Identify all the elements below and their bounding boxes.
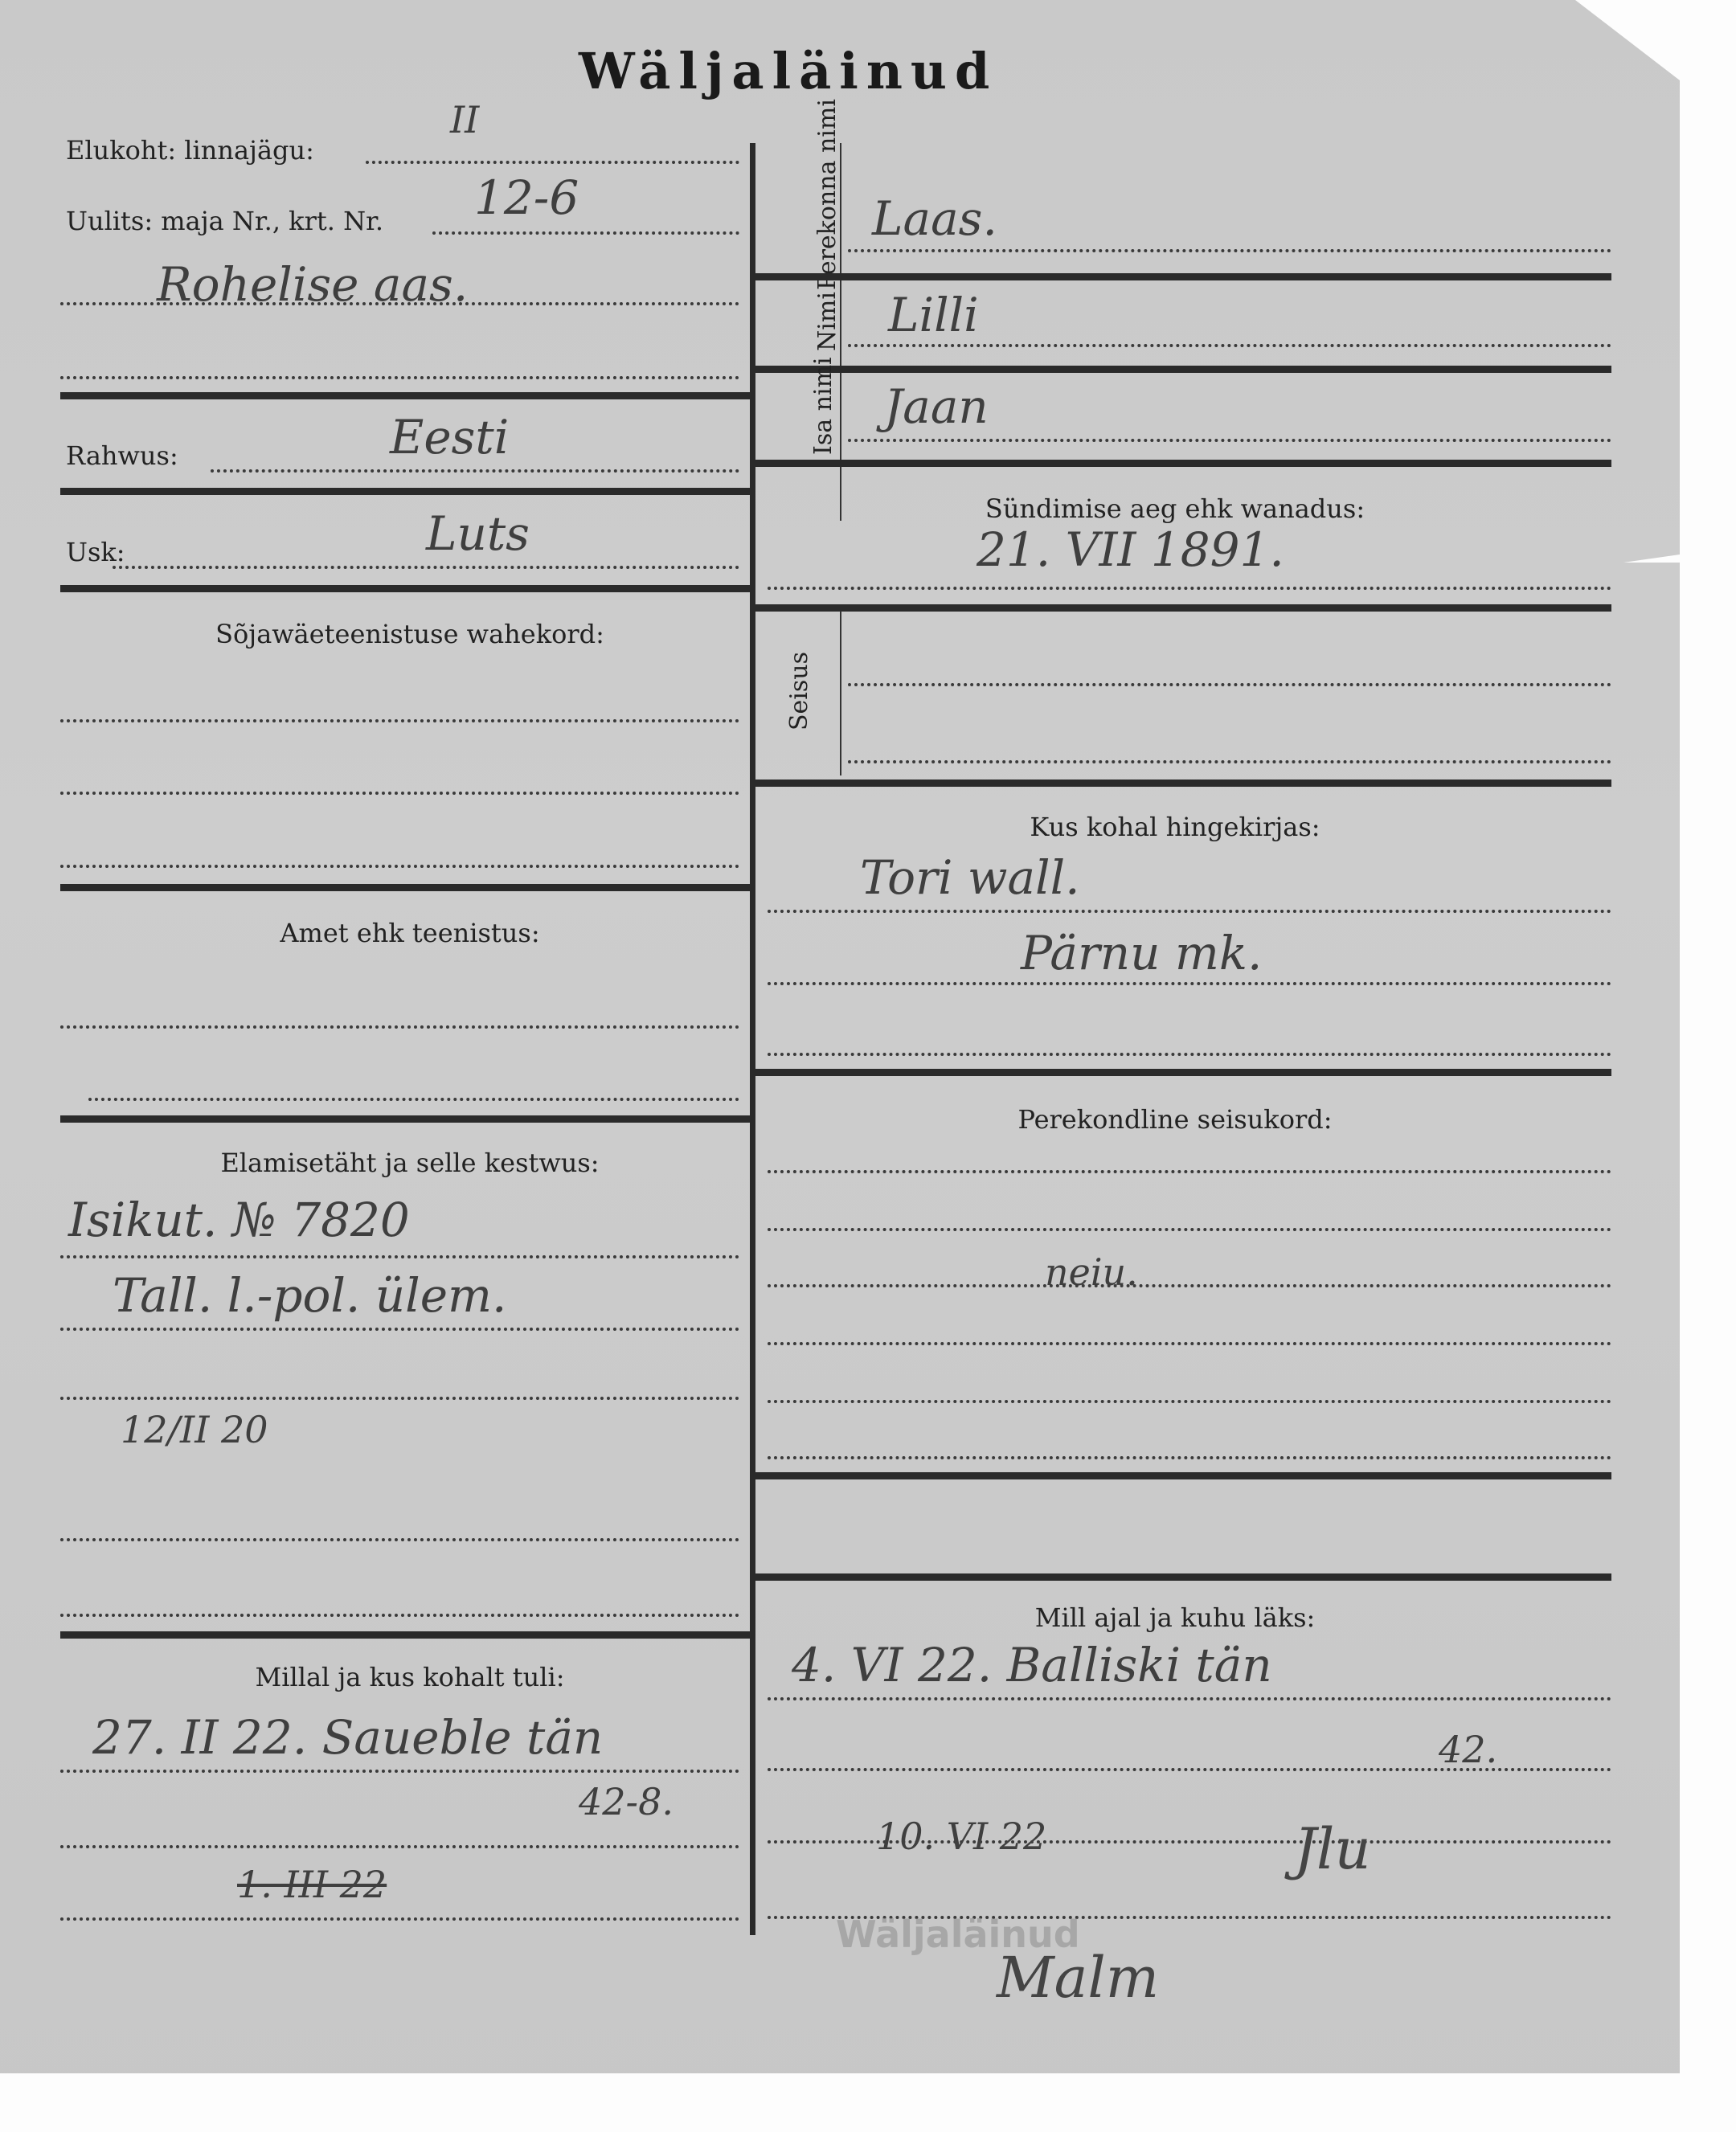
birth-label: Sündimise aeg ehk wanadus: bbox=[985, 493, 1365, 524]
divider bbox=[60, 392, 750, 399]
family-status-line bbox=[768, 1170, 1611, 1173]
arrival-line-2: 42-8. bbox=[579, 1780, 674, 1823]
status-line bbox=[848, 760, 1611, 763]
father-name-value: Jaan bbox=[884, 379, 989, 434]
religion-label: Usk: bbox=[66, 537, 125, 567]
departure-line bbox=[768, 1768, 1611, 1771]
permit-line bbox=[60, 1397, 739, 1400]
first-name-line bbox=[848, 344, 1611, 347]
residence-permit-label: Elamisetäht ja selle kestwus: bbox=[220, 1148, 599, 1178]
district-value: II bbox=[450, 98, 479, 141]
religion-line bbox=[113, 566, 739, 569]
surname-value: Laas. bbox=[872, 191, 997, 246]
departure-registration-date: 10. VI 22 bbox=[876, 1815, 1046, 1858]
occupation-line bbox=[88, 1098, 739, 1101]
departure-line-2: 42. bbox=[1439, 1728, 1497, 1771]
registered-at-label: Kus kohal hingekirjas: bbox=[1030, 812, 1320, 842]
military-line bbox=[60, 865, 739, 868]
permit-line bbox=[60, 1538, 739, 1541]
signature-malm: Malm bbox=[997, 1945, 1159, 2011]
surname-line bbox=[848, 249, 1611, 252]
arrival-line bbox=[60, 1917, 739, 1921]
departure-line-1: 4. VI 22. Balliski tän bbox=[792, 1638, 1272, 1692]
column-divider bbox=[750, 143, 755, 1935]
occupation-line bbox=[60, 1025, 739, 1029]
residence-permit-line-3: 12/II 20 bbox=[121, 1408, 268, 1451]
street-name-line bbox=[60, 302, 739, 305]
divider bbox=[755, 1573, 1611, 1581]
divider bbox=[755, 780, 1611, 787]
military-service-label: Sõjawäeteenistuse wahekord: bbox=[215, 619, 604, 649]
arrival-line bbox=[60, 1770, 739, 1773]
family-status-line bbox=[768, 1400, 1611, 1403]
arrival-label: Millal ja kus kohalt tuli: bbox=[255, 1662, 564, 1692]
departure-line bbox=[768, 1697, 1611, 1700]
divider bbox=[755, 1472, 1611, 1479]
arrival-line-1: 27. II 22. Saueble tän bbox=[92, 1710, 603, 1765]
document-title: Wäljaläinud bbox=[579, 42, 997, 100]
arrival-line bbox=[60, 1845, 739, 1848]
birth-line bbox=[768, 587, 1611, 590]
nationality-value: Eesti bbox=[390, 410, 509, 464]
status-line bbox=[848, 683, 1611, 686]
family-status-line bbox=[768, 1228, 1611, 1231]
signature-initials: Jlu bbox=[1294, 1816, 1371, 1882]
occupation-label: Amet ehk teenistus: bbox=[280, 918, 539, 948]
divider bbox=[755, 460, 1611, 467]
permit-line bbox=[60, 1328, 739, 1331]
departure-label: Mill ajal ja kuhu läks: bbox=[1035, 1602, 1316, 1633]
family-status-line bbox=[768, 1284, 1611, 1287]
nationality-line bbox=[211, 469, 739, 473]
street-number-value: 12-6 bbox=[474, 170, 579, 225]
status-label-divider bbox=[840, 611, 841, 775]
street-label: Uulits: maja Nr., krt. Nr. bbox=[66, 206, 383, 236]
family-status-line bbox=[768, 1456, 1611, 1459]
registered-at-line-1: Tori wall. bbox=[860, 850, 1080, 905]
arrival-struck-date: 1. III 22 bbox=[237, 1863, 387, 1906]
street-extra-line bbox=[60, 376, 739, 379]
residence-permit-line-1: Isikut. № 7820 bbox=[68, 1193, 410, 1247]
divider bbox=[60, 884, 750, 891]
divider bbox=[60, 1631, 750, 1639]
family-status-line bbox=[768, 1342, 1611, 1345]
father-name-line bbox=[848, 439, 1611, 442]
permit-line bbox=[60, 1255, 739, 1258]
district-label: Elukoht: linnajägu: bbox=[66, 135, 314, 166]
religion-value: Luts bbox=[426, 506, 530, 561]
registered-at-line bbox=[768, 982, 1611, 985]
divider bbox=[755, 273, 1611, 280]
residence-permit-line-2: Tall. l.-pol. ülem. bbox=[113, 1268, 506, 1323]
divider bbox=[60, 1115, 750, 1123]
registered-at-line bbox=[768, 1053, 1611, 1056]
registered-at-line bbox=[768, 910, 1611, 913]
status-label: Seisus bbox=[787, 658, 813, 730]
military-line bbox=[60, 719, 739, 722]
divider bbox=[755, 366, 1611, 373]
military-line bbox=[60, 792, 739, 795]
street-number-line bbox=[432, 231, 739, 235]
birth-value: 21. VII 1891. bbox=[976, 522, 1284, 577]
registered-at-line-2: Pärnu mk. bbox=[1021, 926, 1262, 980]
nationality-label: Rahwus: bbox=[66, 440, 178, 471]
family-status-label: Perekondline seisukord: bbox=[1017, 1104, 1332, 1135]
divider bbox=[755, 604, 1611, 612]
father-name-label: Isa nimi bbox=[811, 358, 837, 455]
divider bbox=[755, 1069, 1611, 1076]
document-paper bbox=[0, 0, 1736, 2132]
first-name-value: Lilli bbox=[888, 288, 979, 342]
permit-line bbox=[60, 1614, 739, 1617]
divider bbox=[60, 585, 750, 592]
divider bbox=[60, 488, 750, 495]
district-line bbox=[366, 161, 739, 164]
